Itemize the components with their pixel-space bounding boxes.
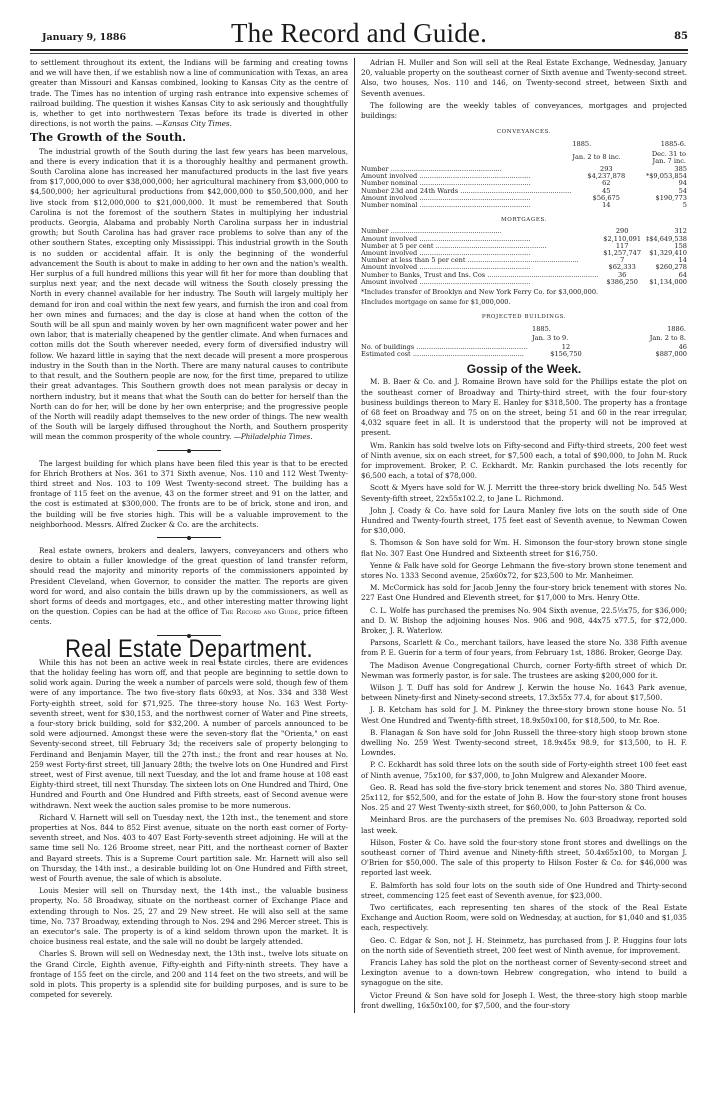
gossip-item: The Madison Avenue Congregational Church…	[361, 661, 687, 681]
table-row: Number at less than 5 per cent714	[361, 257, 687, 264]
article-source: —Kansas City Times.	[155, 119, 232, 128]
tables-intro: The following are the weekly tables of c…	[361, 101, 687, 121]
kansas-article: to settlement throughout its extent, the…	[30, 58, 348, 129]
gossip-item: Scott & Myers have sold for W. J. Merrit…	[361, 483, 687, 503]
mortgages-table: Number290312 Amount involved$2,110,091‡$…	[361, 228, 687, 286]
heading-real-estate-department: Real Estate Department.	[30, 643, 348, 655]
table-row: Amount involved$4,237,878*$9,053,854	[361, 173, 687, 180]
gossip-item: Hilson, Foster & Co. have sold the four-…	[361, 838, 687, 879]
dept-paragraph: Richard V. Harnett will sell on Tuesday …	[30, 813, 348, 884]
section-separator	[30, 449, 348, 453]
gossip-item: B. Flanagan & Son have sold for John Rus…	[361, 728, 687, 759]
projected-buildings-caption: PROJECTED BUILDINGS.	[361, 312, 687, 322]
south-article: The industrial growth of the South durin…	[30, 147, 348, 443]
columns: to settlement throughout its extent, the…	[30, 58, 688, 1013]
masthead: January 9, 1886 The Record and Guide. 85	[30, 22, 688, 46]
heading-gossip-of-the-week: Gossip of the Week.	[361, 364, 687, 374]
table-row: Amount involved$62,333$260,278	[361, 264, 687, 271]
col-header: 1885.	[571, 140, 641, 149]
table-row: Number to Banks, Trust and Ins. Cos3664	[361, 272, 687, 279]
gossip-item: Parsons, Scarlett & Co., merchant tailor…	[361, 638, 687, 658]
gossip-item: E. Balmforth has sold four lots on the s…	[361, 881, 687, 901]
projected-buildings-table: 1885. 1886. Jan. 3 to 9. Jan. 2 to 8. No…	[361, 325, 687, 358]
right-column: Adrian H. Muller and Son will sell at th…	[354, 58, 687, 1013]
dept-paragraph: Louis Mesier will sell on Thursday next,…	[30, 886, 348, 947]
table-row: Amount involved$1,257,747$1,329,410	[361, 250, 687, 257]
masthead-rule	[30, 49, 688, 54]
gossip-item: Geo. C. Edgar & Son, not J. H. Steinmetz…	[361, 936, 687, 956]
gossip-item: Two certificates, each representing ten …	[361, 903, 687, 934]
gossip-item: Geo. R. Read has sold the five-story bri…	[361, 783, 687, 814]
gossip-item: Meinhard Bros. are the purchasers of the…	[361, 815, 687, 835]
table-row: Number nominal6294	[361, 180, 687, 187]
table-row: Amount involved$2,110,091‡$4,649,538	[361, 236, 687, 243]
gossip-item: Wm. Rankin has sold twelve lots on Fifty…	[361, 441, 687, 482]
mortgages-caption: MORTGAGES.	[361, 215, 687, 225]
gossip-item: Wilson J. T. Duff has sold for Andrew J.…	[361, 683, 687, 703]
col-header: 1886.	[601, 325, 687, 334]
gossip-item: M. McCormick has sold for Jacob Jenny th…	[361, 583, 687, 603]
article-source: —Philadelphia Times.	[234, 432, 313, 441]
table-row: Number 23d and 24th Wards4554	[361, 188, 687, 195]
gossip-item: Francis Lahey has sold the plot on the n…	[361, 958, 687, 989]
table-row: Amount involved$56,675$190,773	[361, 195, 687, 202]
dept-paragraph: Charles S. Brown will sell on Wednesday …	[30, 949, 348, 1000]
table-row: Number293385	[361, 166, 687, 173]
gossip-item: Yenne & Falk have sold for George Lehman…	[361, 561, 687, 581]
col-header: 1885-6.	[641, 140, 687, 149]
gossip-item: P. C. Eckhardt has sold three lots on th…	[361, 760, 687, 780]
muller-article: Adrian H. Muller and Son will sell at th…	[361, 58, 687, 99]
left-column: to settlement throughout its extent, the…	[30, 58, 354, 1013]
conveyances-table: 1885. 1885-6. Jan. 2 to 8 inc. Dec. 31 t…	[361, 140, 687, 209]
table-row: Estimated cost$156,750$887,000	[361, 351, 687, 358]
dept-paragraph: While this has not been an active week i…	[30, 658, 348, 811]
col-header: Jan. 2 to 8.	[601, 334, 687, 343]
land-transfer-notice: Real estate owners, brokers and dealers,…	[30, 546, 348, 628]
col-header: Dec. 31 to Jan. 7 inc.	[641, 150, 687, 166]
gossip-item: C. L. Wolfe has purchased the premises N…	[361, 606, 687, 637]
heading-growth-of-south: The Growth of the South.	[30, 133, 348, 143]
gossip-item: S. Thomson & Son have sold for Wm. H. Si…	[361, 538, 687, 558]
gossip-item: M. B. Baer & Co. and J. Romaine Brown ha…	[361, 377, 687, 438]
footnote: *Includes transfer of Brooklyn and New Y…	[361, 288, 687, 296]
ehrich-article: The largest building for which plans hav…	[30, 459, 348, 530]
col-header: 1885.	[531, 325, 601, 334]
table-row: No. of buildings1246	[361, 344, 687, 351]
gossip-item: J. B. Ketcham has sold for J. M. Pinkney…	[361, 705, 687, 725]
publication-title: The Record and Guide.	[30, 18, 688, 49]
table-row: Number nominal145	[361, 202, 687, 209]
col-header: Jan. 2 to 8 inc.	[571, 150, 641, 166]
page-number: 85	[674, 31, 688, 42]
gossip-item: Victor Freund & Son have sold for Joseph…	[361, 991, 687, 1011]
footnote: ‡Includes mortgage on same for $1,000,00…	[361, 298, 687, 306]
table-row: Amount involved$386,250$1,134,000	[361, 279, 687, 286]
conveyances-caption: CONVEYANCES.	[361, 127, 687, 137]
gossip-item: John J. Coady & Co. have sold for Laura …	[361, 506, 687, 537]
newspaper-page: January 9, 1886 The Record and Guide. 85…	[30, 22, 688, 1013]
section-separator	[30, 536, 348, 540]
